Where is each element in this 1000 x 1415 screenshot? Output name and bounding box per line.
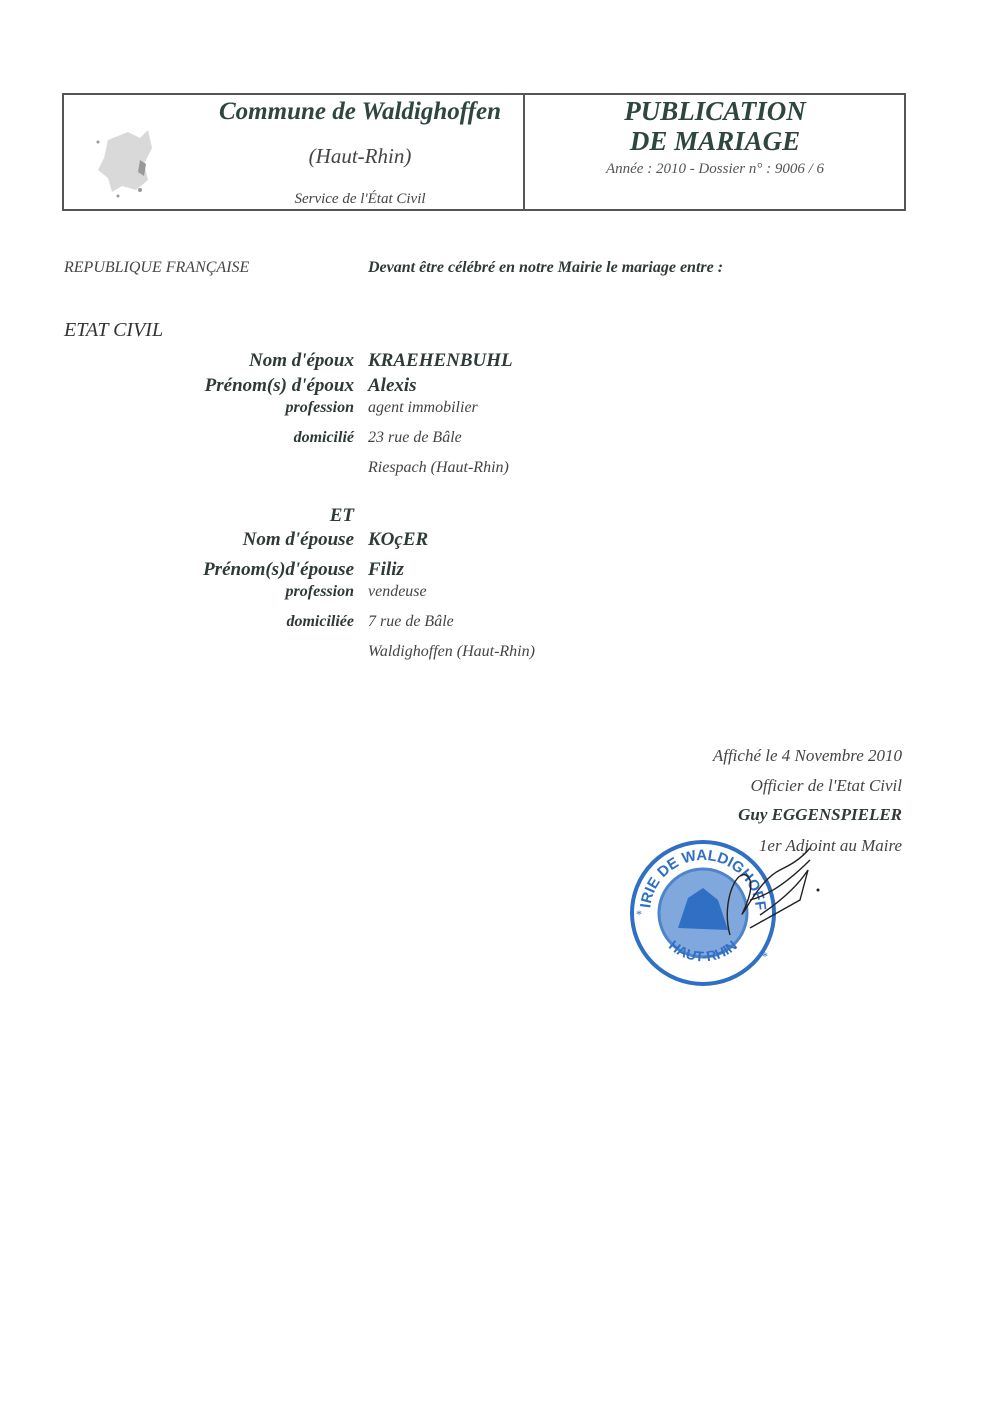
bride-profession-label: profession [0, 583, 354, 601]
bride-name: KOçER [368, 529, 428, 551]
separator-et: ET [0, 505, 354, 527]
signer-name: Guy EGGENSPIELER [738, 805, 902, 825]
posted-date: Affiché le 4 Novembre 2010 [713, 746, 902, 766]
groom-domicile-label: domicilié [0, 429, 354, 447]
bride-address-line1: 7 rue de Bâle [368, 613, 454, 631]
commune-name: Commune de Waldighoffen [140, 98, 580, 126]
groom-name: KRAEHENBUHL [368, 350, 513, 372]
section-title: ETAT CIVIL [64, 319, 163, 342]
svg-text:*: * [636, 907, 642, 921]
bride-name-label: Nom d'épouse [0, 529, 354, 551]
groom-profession: agent immobilier [368, 399, 478, 417]
dossier-number: Année : 2010 - Dossier n° : 9006 / 6 [525, 161, 905, 178]
groom-profession-label: profession [0, 399, 354, 417]
department: (Haut-Rhin) [140, 144, 580, 169]
bride-firstname: Filiz [368, 559, 404, 581]
republique-label: REPUBLIQUE FRANÇAISE [64, 259, 249, 277]
groom-address-line1: 23 rue de Bâle [368, 429, 462, 447]
groom-address-line2: Riespach (Haut-Rhin) [368, 459, 509, 477]
bride-profession: vendeuse [368, 583, 427, 601]
groom-name-label: Nom d'époux [0, 350, 354, 372]
groom-firstname-label: Prénom(s) d'époux [0, 375, 354, 397]
signature-icon [690, 840, 840, 950]
bride-address-line2: Waldighoffen (Haut-Rhin) [368, 643, 535, 661]
announcement-text: Devant être célébré en notre Mairie le m… [368, 259, 723, 277]
bride-firstname-label: Prénom(s)d'épouse [0, 559, 354, 581]
service-name: Service de l'État Civil [140, 191, 580, 208]
document-title-line2: DE MARIAGE [525, 126, 905, 157]
document-title-line1: PUBLICATION [525, 96, 905, 127]
groom-firstname: Alexis [368, 375, 417, 397]
officer-title: Officier de l'Etat Civil [751, 776, 902, 796]
bride-domicile-label: domiciliée [0, 613, 354, 631]
svg-text:*: * [762, 949, 768, 963]
